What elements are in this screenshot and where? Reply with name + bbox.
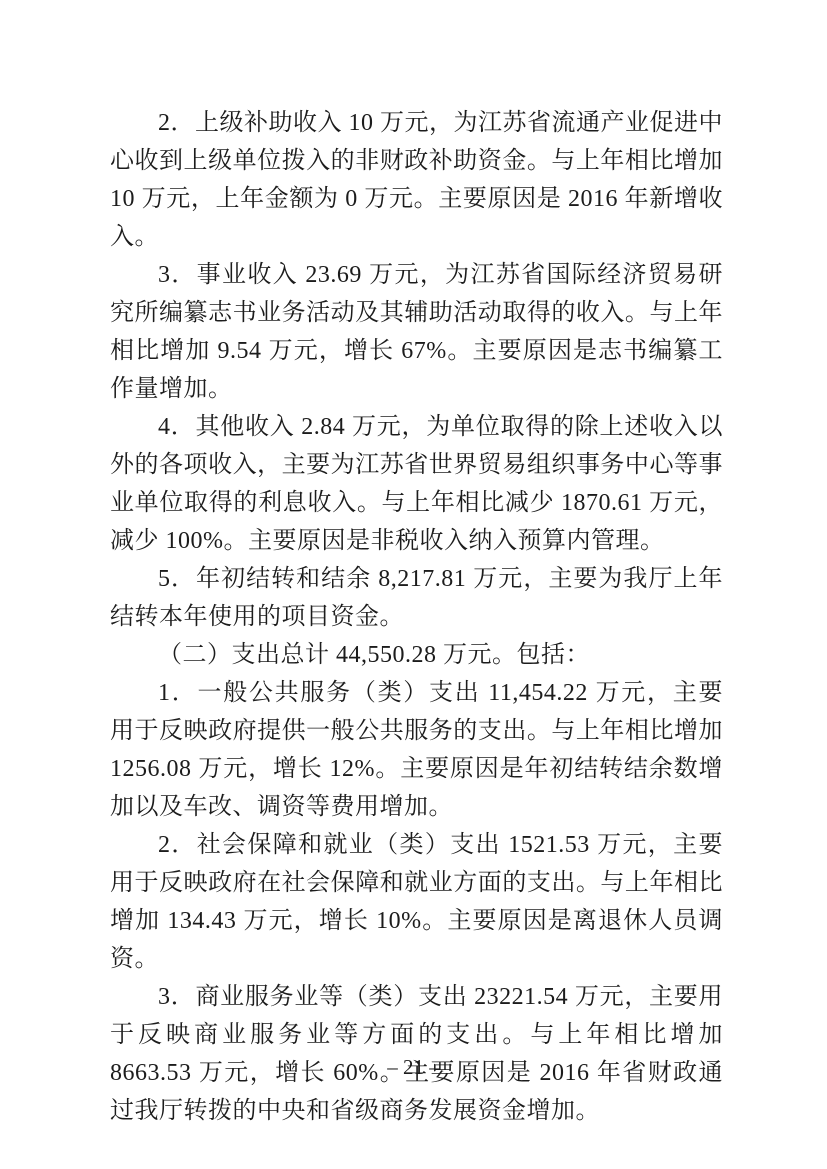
paragraph-social-security-employment: 2．社会保障和就业（类）支出 1521.53 万元，主要用于反映政府在社会保障和… — [110, 826, 723, 978]
document-page: 2．上级补助收入 10 万元，为江苏省流通产业促进中心收到上级单位拨入的非财政补… — [0, 0, 827, 1169]
page-footer: – 21 – — [0, 1052, 827, 1082]
document-body: 2．上级补助收入 10 万元，为江苏省流通产业促进中心收到上级单位拨入的非财政补… — [110, 104, 723, 1130]
paragraph-general-public-services: 1．一般公共服务（类）支出 11,454.22 万元，主要用于反映政府提供一般公… — [110, 674, 723, 826]
paragraph-superior-subsidy-income: 2．上级补助收入 10 万元，为江苏省流通产业促进中心收到上级单位拨入的非财政补… — [110, 104, 723, 256]
paragraph-other-income: 4．其他收入 2.84 万元，为单位取得的除上述收入以外的各项收入，主要为江苏省… — [110, 408, 723, 560]
paragraph-operating-income: 3．事业收入 23.69 万元，为江苏省国际经济贸易研究所编纂志书业务活动及其辅… — [110, 256, 723, 408]
paragraph-total-expenditure-heading: （二）支出总计 44,550.28 万元。包括： — [110, 636, 723, 674]
paragraph-carryover-balance: 5．年初结转和结余 8,217.81 万元，主要为我厅上年结转本年使用的项目资金… — [110, 560, 723, 636]
page-number: – 21 – — [387, 1055, 440, 1079]
